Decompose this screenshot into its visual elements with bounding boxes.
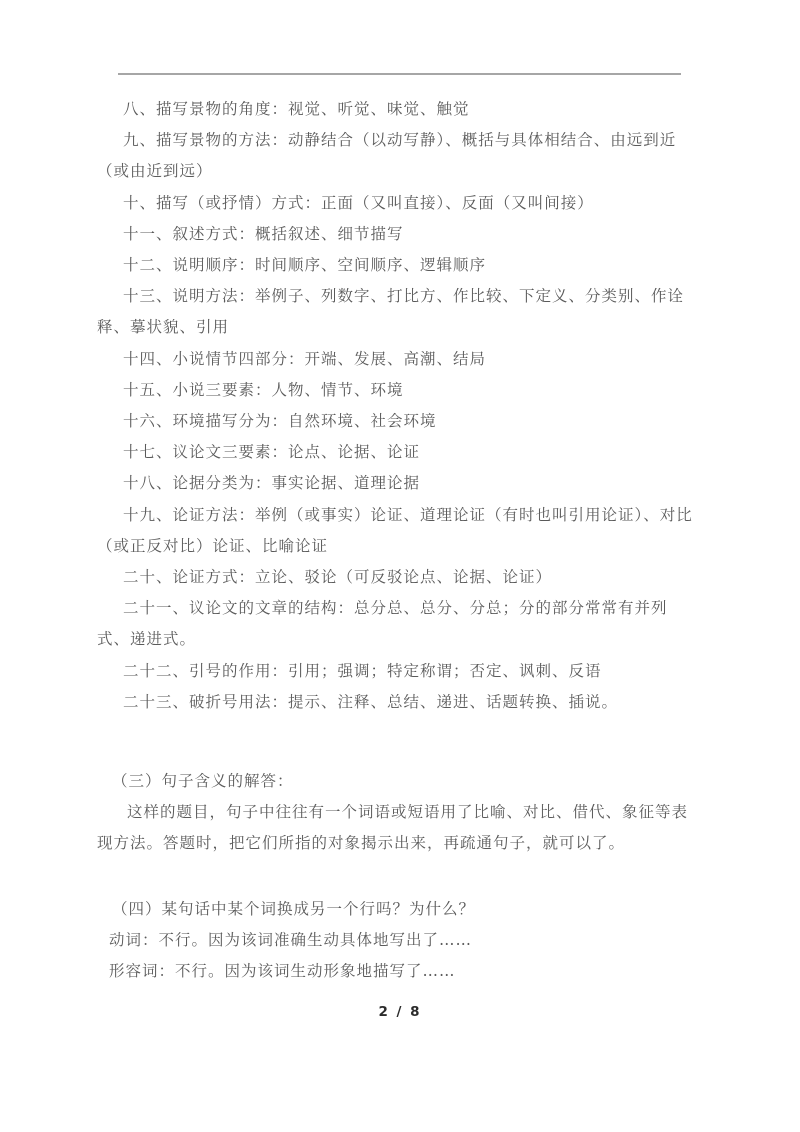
list-item-13: 十三、说明方法：举例子、列数字、打比方、作比较、下定义、分类别、作诠释、摹状貌、… bbox=[97, 281, 697, 343]
section-word-replacement: （四）某句话中某个词换成另一个行吗？为什么？ 动词：不行。因为该词准确生动具体地… bbox=[97, 894, 697, 988]
page-number: 2 / 8 bbox=[0, 1004, 800, 1020]
document-body: 八、描写景物的角度：视觉、听觉、味觉、触觉 九、描写景物的方法：动静结合（以动写… bbox=[97, 94, 697, 987]
list-item-15: 十五、小说三要素：人物、情节、环境 bbox=[97, 375, 697, 406]
list-item-9: 九、描写景物的方法：动静结合（以动写静）、概括与具体相结合、由远到近（或由近到远… bbox=[97, 125, 697, 187]
list-item-8: 八、描写景物的角度：视觉、听觉、味觉、触觉 bbox=[97, 94, 697, 125]
list-item-22: 二十二、引号的作用：引用；强调；特定称谓；否定、讽刺、反语 bbox=[97, 656, 697, 687]
list-item-20: 二十、论证方式：立论、驳论（可反驳论点、论据、论证） bbox=[97, 562, 697, 593]
adjective-answer-line: 形容词：不行。因为该词生动形象地描写了…… bbox=[97, 956, 697, 987]
verb-answer-line: 动词：不行。因为该词准确生动具体地写出了…… bbox=[97, 925, 697, 956]
section-sentence-meaning: （三）句子含义的解答： 这样的题目，句子中往往有一个词语或短语用了比喻、对比、借… bbox=[97, 766, 697, 860]
list-item-14: 十四、小说情节四部分：开端、发展、高潮、结局 bbox=[97, 344, 697, 375]
list-item-23: 二十三、破折号用法：提示、注释、总结、递进、话题转换、插说。 bbox=[97, 687, 697, 718]
list-item-12: 十二、说明顺序：时间顺序、空间顺序、逻辑顺序 bbox=[97, 250, 697, 281]
list-item-10: 十、描写（或抒情）方式：正面（又叫直接）、反面（又叫间接） bbox=[97, 188, 697, 219]
list-item-18: 十八、论据分类为：事实论据、道理论据 bbox=[97, 468, 697, 499]
section-three-heading: （三）句子含义的解答： bbox=[97, 766, 697, 797]
list-item-17: 十七、议论文三要素：论点、论据、论证 bbox=[97, 437, 697, 468]
list-item-11: 十一、叙述方式：概括叙述、细节描写 bbox=[97, 219, 697, 250]
section-three-body: 这样的题目，句子中往往有一个词语或短语用了比喻、对比、借代、象征等表现方法。答题… bbox=[97, 797, 697, 859]
document-page: 八、描写景物的角度：视觉、听觉、味觉、触觉 九、描写景物的方法：动静结合（以动写… bbox=[0, 0, 800, 1132]
header-divider bbox=[118, 73, 681, 75]
list-item-16: 十六、环境描写分为：自然环境、社会环境 bbox=[97, 406, 697, 437]
section-four-heading: （四）某句话中某个词换成另一个行吗？为什么？ bbox=[97, 894, 697, 925]
list-item-21: 二十一、议论文的文章的结构：总分总、总分、分总；分的部分常常有并列式、递进式。 bbox=[97, 593, 697, 655]
list-item-19: 十九、论证方法：举例（或事实）论证、道理论证（有时也叫引用论证）、对比（或正反对… bbox=[97, 500, 697, 562]
